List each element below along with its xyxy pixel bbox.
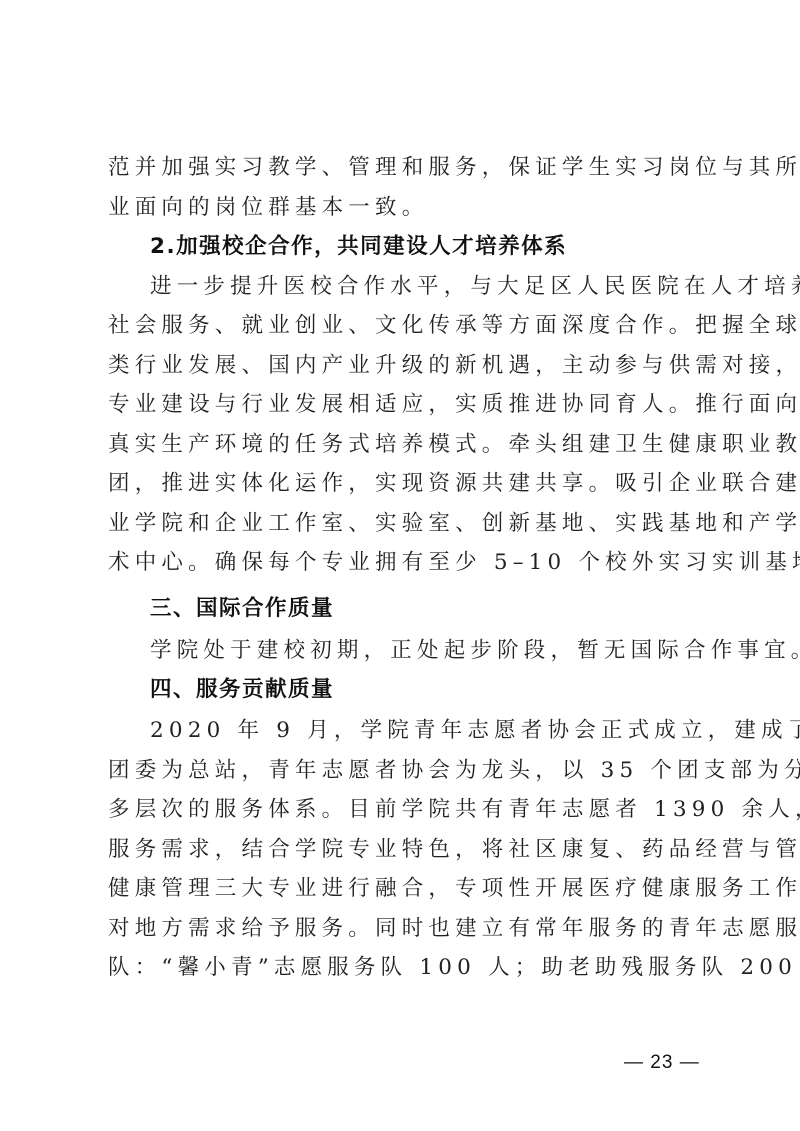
document-page: 范并加强实习教学、管理和服务，保证学生实习岗位与其所学专 业面向的岗位群基本一致… (0, 0, 800, 1131)
body-line: 健康管理三大专业进行融合，专项性开展医疗健康服务工作，针 (108, 869, 708, 909)
section-heading: 四、服务贡献质量 (150, 670, 750, 710)
body-line: 专业建设与行业发展相适应，实质推进协同育人。推行面向行业 (108, 385, 708, 425)
page-number: — 23 — (624, 1052, 700, 1074)
body-line: 团委为总站，青年志愿者协会为龙头，以 35 个团支部为分队的 (108, 751, 708, 791)
body-line: 学院处于建校初期，正处起步阶段，暂无国际合作事宜。 (150, 631, 750, 671)
body-line: 社会服务、就业创业、文化传承等方面深度合作。把握全球医护 (108, 306, 708, 346)
body-line: 业学院和企业工作室、实验室、创新基地、实践基地和产学研技 (108, 504, 708, 544)
body-line: 范并加强实习教学、管理和服务，保证学生实习岗位与其所学专 (108, 148, 708, 188)
body-line: 多层次的服务体系。目前学院共有青年志愿者 1390 余人，根据 (108, 790, 708, 830)
body-line: 业面向的岗位群基本一致。 (108, 188, 708, 228)
section-heading: 2.加强校企合作，共同建设人才培养体系 (150, 227, 750, 267)
body-line: 真实生产环境的任务式培养模式。牵头组建卫生健康职业教育集 (108, 425, 708, 465)
section-heading: 三、国际合作质量 (150, 589, 750, 629)
body-line: 团，推进实体化运作，实现资源共建共享。吸引企业联合建设产 (108, 464, 708, 504)
body-line: 类行业发展、国内产业升级的新机遇，主动参与供需对接，推动 (108, 346, 708, 386)
body-line: 2020 年 9 月，学院青年志愿者协会正式成立，建成了以校 (150, 711, 750, 751)
body-line: 术中心。确保每个专业拥有至少 5–10 个校外实习实训基地。 (108, 543, 708, 583)
body-line: 进一步提升医校合作水平，与大足区人民医院在人才培养、 (150, 267, 750, 307)
body-line: 队：“馨小青”志愿服务队 100 人；助老助残服务队 200 人；生 (108, 948, 708, 988)
body-line: 对地方需求给予服务。同时也建立有常年服务的青年志愿服务 (108, 909, 708, 949)
body-line: 服务需求，结合学院专业特色，将社区康复、药品经营与管理、 (108, 830, 708, 870)
